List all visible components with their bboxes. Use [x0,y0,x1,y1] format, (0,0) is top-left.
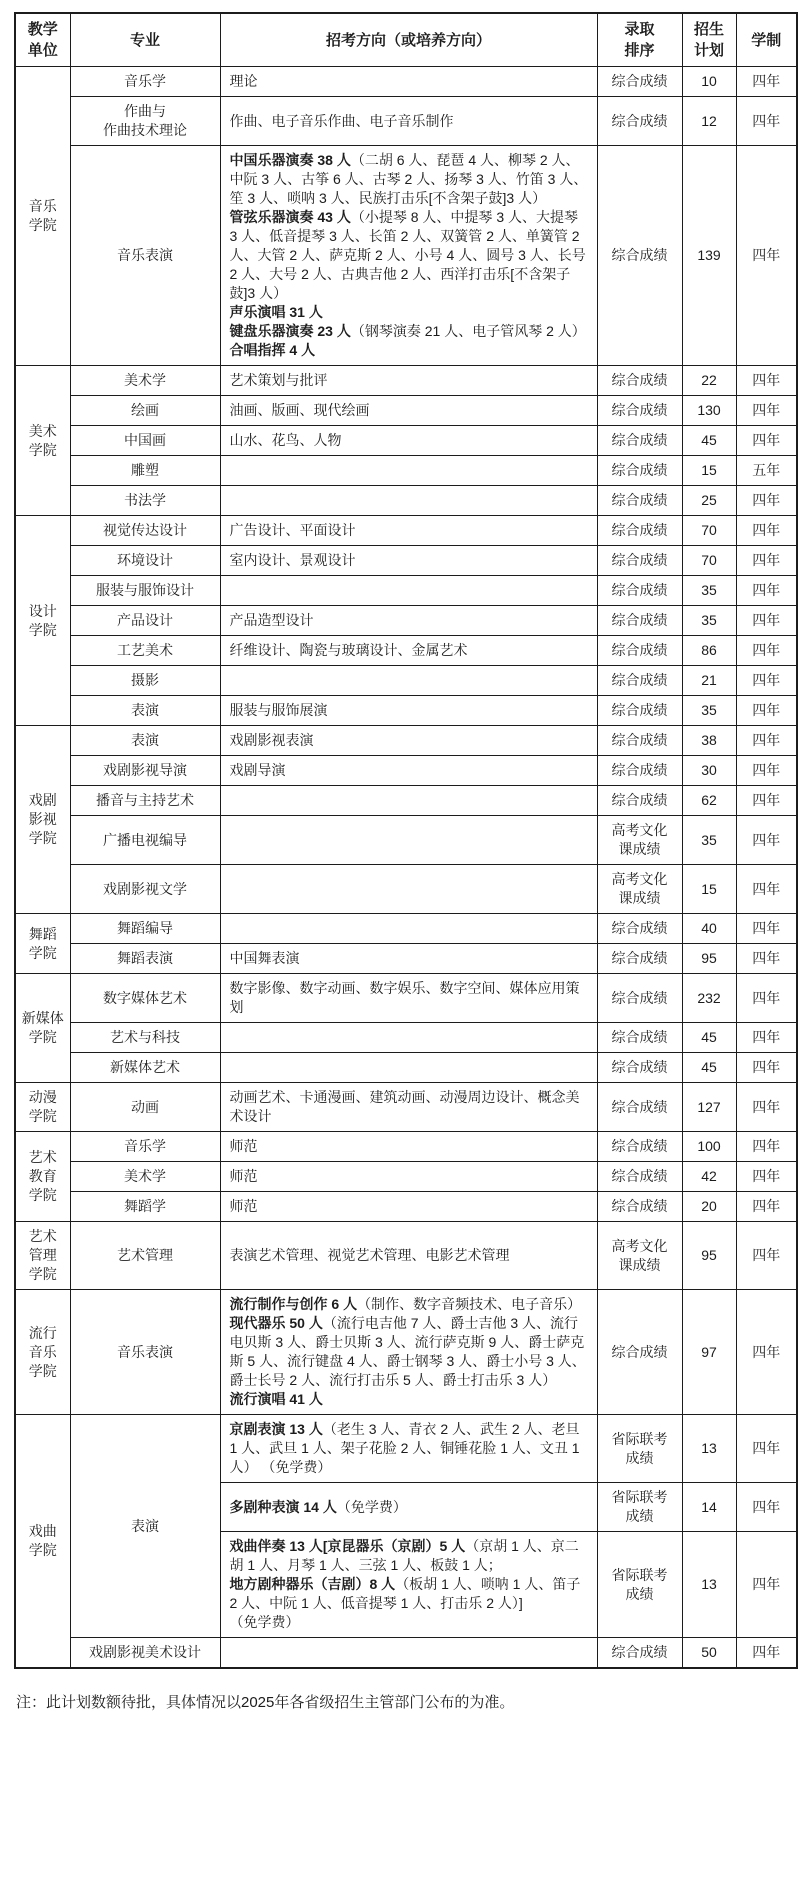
table-row: 产品设计产品造型设计综合成绩35四年 [15,606,797,636]
direction-cell: 油画、版画、现代绘画 [220,396,597,426]
direction-paragraph: 管弦乐器演奏 43 人（小提琴 8 人、中提琴 3 人、大提琴 3 人、低音提琴… [230,208,588,303]
plan-cell: 232 [682,974,736,1023]
major-cell: 摄影 [70,666,220,696]
table-header: 教学 单位 专业 招考方向（或培养方向） 录取 排序 招生 计划 学制 [15,13,797,67]
direction-paragraph: 戏剧影视表演 [230,731,588,750]
direction-text: 动画艺术、卡通漫画、建筑动画、动漫周边设计、概念美术设计 [230,1089,580,1124]
plan-cell: 20 [682,1192,736,1222]
plan-cell: 100 [682,1132,736,1162]
direction-paragraph: 动画艺术、卡通漫画、建筑动画、动漫周边设计、概念美术设计 [230,1088,588,1126]
header-major: 专业 [70,13,220,67]
sort-cell: 综合成绩 [597,456,682,486]
table-row: 表演服装与服饰展演综合成绩35四年 [15,696,797,726]
direction-paragraph: 纤维设计、陶瓷与玻璃设计、金属艺术 [230,641,588,660]
plan-cell: 40 [682,914,736,944]
direction-cell: 服装与服饰展演 [220,696,597,726]
direction-text: （制作、数字音频技术、电子音乐） [357,1296,581,1312]
direction-text: 室内设计、景观设计 [230,552,356,568]
years-cell: 四年 [736,816,797,865]
plan-cell: 35 [682,576,736,606]
plan-cell: 15 [682,865,736,914]
direction-text: 艺术策划与批评 [230,372,328,388]
plan-cell: 70 [682,546,736,576]
direction-cell: 戏曲伴奏 13 人[京昆器乐（京剧）5 人（京胡 1 人、京二胡 1 人、月琴 … [220,1532,597,1638]
direction-cell: 室内设计、景观设计 [220,546,597,576]
sort-cell: 综合成绩 [597,1290,682,1415]
major-cell: 视觉传达设计 [70,516,220,546]
sort-cell: 综合成绩 [597,1023,682,1053]
years-cell: 四年 [736,756,797,786]
direction-bold-text: 地方剧种器乐（吉剧）8 人 [230,1576,396,1592]
major-cell: 广播电视编导 [70,816,220,865]
plan-cell: 30 [682,756,736,786]
years-cell: 四年 [736,546,797,576]
direction-paragraph: 键盘乐器演奏 23 人（钢琴演奏 21 人、电子管风琴 2 人） [230,322,588,341]
plan-cell: 97 [682,1290,736,1415]
direction-cell: 流行制作与创作 6 人（制作、数字音频技术、电子音乐）现代器乐 50 人（流行电… [220,1290,597,1415]
direction-cell: 动画艺术、卡通漫画、建筑动画、动漫周边设计、概念美术设计 [220,1083,597,1132]
sort-cell: 高考文化课成绩 [597,1222,682,1290]
years-cell: 四年 [736,67,797,97]
direction-bold-text: 多剧种表演 14 人 [230,1499,337,1515]
major-cell: 戏剧影视文学 [70,865,220,914]
header-duration: 学制 [736,13,797,67]
major-cell: 音乐学 [70,67,220,97]
sort-cell: 综合成绩 [597,486,682,516]
unit-cell: 音乐 学院 [15,67,70,366]
direction-text: 数字影像、数字动画、数字娱乐、数字空间、媒体应用策划 [230,980,580,1015]
years-cell: 四年 [736,1023,797,1053]
direction-paragraph: 师范 [230,1137,588,1156]
years-cell: 四年 [736,606,797,636]
table-body: 音乐 学院音乐学理论综合成绩10四年作曲与 作曲技术理论作曲、电子音乐作曲、电子… [15,67,797,1669]
major-cell: 舞蹈编导 [70,914,220,944]
major-cell: 音乐表演 [70,1290,220,1415]
direction-paragraph: 山水、花鸟、人物 [230,431,588,450]
direction-paragraph: 京剧表演 13 人（老生 3 人、青衣 2 人、武生 2 人、老旦 1 人、武旦… [230,1420,588,1477]
direction-cell: 表演艺术管理、视觉艺术管理、电影艺术管理 [220,1222,597,1290]
years-cell: 四年 [736,486,797,516]
header-teaching-unit: 教学 单位 [15,13,70,67]
years-cell: 四年 [736,666,797,696]
sort-cell: 综合成绩 [597,1132,682,1162]
direction-text: （免学费） [230,1614,300,1630]
years-cell: 四年 [736,944,797,974]
major-cell: 雕塑 [70,456,220,486]
unit-cell: 流行 音乐 学院 [15,1290,70,1415]
sort-cell: 综合成绩 [597,97,682,146]
years-cell: 四年 [736,576,797,606]
plan-cell: 25 [682,486,736,516]
sort-cell: 省际联考成绩 [597,1415,682,1483]
years-cell: 四年 [736,1192,797,1222]
direction-text: 师范 [230,1168,258,1184]
header-admission-sort: 录取 排序 [597,13,682,67]
sort-cell: 综合成绩 [597,366,682,396]
years-cell: 四年 [736,696,797,726]
table-row: 广播电视编导高考文化课成绩35四年 [15,816,797,865]
plan-cell: 62 [682,786,736,816]
years-cell: 四年 [736,1638,797,1669]
table-row: 美术学师范综合成绩42四年 [15,1162,797,1192]
table-row: 音乐表演中国乐器演奏 38 人（二胡 6 人、琵琶 4 人、柳琴 2 人、中阮 … [15,146,797,366]
direction-cell: 中国乐器演奏 38 人（二胡 6 人、琵琶 4 人、柳琴 2 人、中阮 3 人、… [220,146,597,366]
major-cell: 作曲与 作曲技术理论 [70,97,220,146]
direction-bold-text: 中国乐器演奏 38 人 [230,152,351,168]
direction-cell: 理论 [220,67,597,97]
direction-cell: 山水、花鸟、人物 [220,426,597,456]
years-cell: 四年 [736,1083,797,1132]
plan-cell: 35 [682,816,736,865]
major-cell: 中国画 [70,426,220,456]
plan-cell: 12 [682,97,736,146]
direction-paragraph: 合唱指挥 4 人 [230,341,588,360]
sort-cell: 高考文化课成绩 [597,816,682,865]
table-row: 新媒体艺术综合成绩45四年 [15,1053,797,1083]
years-cell: 四年 [736,974,797,1023]
direction-text: 师范 [230,1138,258,1154]
direction-cell: 数字影像、数字动画、数字娱乐、数字空间、媒体应用策划 [220,974,597,1023]
years-cell: 四年 [736,786,797,816]
direction-cell: 多剧种表演 14 人（免学费） [220,1483,597,1532]
table-row: 新媒体 学院数字媒体艺术数字影像、数字动画、数字娱乐、数字空间、媒体应用策划综合… [15,974,797,1023]
direction-bold-text: 流行制作与创作 6 人 [230,1296,358,1312]
major-cell: 戏剧影视导演 [70,756,220,786]
unit-cell: 设计 学院 [15,516,70,726]
table-row: 摄影综合成绩21四年 [15,666,797,696]
direction-cell [220,1053,597,1083]
direction-paragraph: 中国乐器演奏 38 人（二胡 6 人、琵琶 4 人、柳琴 2 人、中阮 3 人、… [230,151,588,208]
major-cell: 艺术与科技 [70,1023,220,1053]
major-cell: 表演 [70,726,220,756]
sort-cell: 综合成绩 [597,426,682,456]
table-row: 艺术与科技综合成绩45四年 [15,1023,797,1053]
years-cell: 四年 [736,146,797,366]
direction-text: 山水、花鸟、人物 [230,432,342,448]
plan-cell: 45 [682,1023,736,1053]
major-cell: 音乐表演 [70,146,220,366]
years-cell: 四年 [736,97,797,146]
plan-cell: 15 [682,456,736,486]
major-cell: 表演 [70,696,220,726]
years-cell: 五年 [736,456,797,486]
plan-cell: 10 [682,67,736,97]
direction-cell [220,816,597,865]
plan-cell: 35 [682,696,736,726]
table-row: 艺术 管理 学院艺术管理表演艺术管理、视觉艺术管理、电影艺术管理高考文化课成绩9… [15,1222,797,1290]
direction-paragraph: 广告设计、平面设计 [230,521,588,540]
years-cell: 四年 [736,1053,797,1083]
direction-text: （免学费） [337,1499,407,1515]
direction-cell [220,486,597,516]
direction-paragraph: 服装与服饰展演 [230,701,588,720]
plan-cell: 13 [682,1415,736,1483]
plan-cell: 86 [682,636,736,666]
direction-bold-text: 戏曲伴奏 13 人[京昆器乐（京剧）5 人 [230,1538,466,1554]
direction-text: 产品造型设计 [230,612,314,628]
table-row: 艺术 教育 学院音乐学师范综合成绩100四年 [15,1132,797,1162]
years-cell: 四年 [736,396,797,426]
years-cell: 四年 [736,865,797,914]
table-row: 戏剧影视导演戏剧导演综合成绩30四年 [15,756,797,786]
years-cell: 四年 [736,636,797,666]
header-row: 教学 单位 专业 招考方向（或培养方向） 录取 排序 招生 计划 学制 [15,13,797,67]
direction-paragraph: 作曲、电子音乐作曲、电子音乐制作 [230,112,588,131]
plan-cell: 45 [682,426,736,456]
table-row: 戏剧影视美术设计综合成绩50四年 [15,1638,797,1669]
footnote: 注：此计划数额待批，具体情况以2025年各省级招生主管部门公布的为准。 [16,1691,797,1712]
plan-cell: 127 [682,1083,736,1132]
sort-cell: 省际联考成绩 [597,1532,682,1638]
table-row: 流行 音乐 学院音乐表演流行制作与创作 6 人（制作、数字音频技术、电子音乐）现… [15,1290,797,1415]
direction-cell [220,456,597,486]
plan-cell: 35 [682,606,736,636]
sort-cell: 综合成绩 [597,1162,682,1192]
direction-bold-text: 声乐演唱 31 人 [230,304,323,320]
direction-text: 纤维设计、陶瓷与玻璃设计、金属艺术 [230,642,468,658]
direction-text: 戏剧导演 [230,762,286,778]
direction-bold-text: 京剧表演 13 人 [230,1421,323,1437]
table-row: 舞蹈 学院舞蹈编导综合成绩40四年 [15,914,797,944]
plan-cell: 38 [682,726,736,756]
direction-text: （钢琴演奏 21 人、电子管风琴 2 人） [351,323,586,339]
table-row: 环境设计室内设计、景观设计综合成绩70四年 [15,546,797,576]
plan-cell: 21 [682,666,736,696]
table-row: 雕塑综合成绩15五年 [15,456,797,486]
sort-cell: 综合成绩 [597,606,682,636]
table-row: 动漫 学院动画动画艺术、卡通漫画、建筑动画、动漫周边设计、概念美术设计综合成绩1… [15,1083,797,1132]
direction-cell: 京剧表演 13 人（老生 3 人、青衣 2 人、武生 2 人、老旦 1 人、武旦… [220,1415,597,1483]
years-cell: 四年 [736,1290,797,1415]
plan-cell: 14 [682,1483,736,1532]
direction-text: 服装与服饰展演 [230,702,328,718]
direction-paragraph: 流行演唱 41 人 [230,1390,588,1409]
sort-cell: 综合成绩 [597,636,682,666]
table-row: 绘画油画、版画、现代绘画综合成绩130四年 [15,396,797,426]
major-cell: 环境设计 [70,546,220,576]
sort-cell: 综合成绩 [597,546,682,576]
years-cell: 四年 [736,1222,797,1290]
major-cell: 新媒体艺术 [70,1053,220,1083]
sort-cell: 综合成绩 [597,67,682,97]
sort-cell: 省际联考成绩 [597,1483,682,1532]
plan-cell: 70 [682,516,736,546]
years-cell: 四年 [736,366,797,396]
direction-cell: 作曲、电子音乐作曲、电子音乐制作 [220,97,597,146]
direction-paragraph: 油画、版画、现代绘画 [230,401,588,420]
header-enrollment-plan: 招生 计划 [682,13,736,67]
sort-cell: 综合成绩 [597,396,682,426]
major-cell: 艺术管理 [70,1222,220,1290]
sort-cell: 综合成绩 [597,726,682,756]
plan-cell: 139 [682,146,736,366]
table-row: 中国画山水、花鸟、人物综合成绩45四年 [15,426,797,456]
direction-text: 理论 [230,73,258,89]
direction-paragraph: 中国舞表演 [230,949,588,968]
major-cell: 产品设计 [70,606,220,636]
years-cell: 四年 [736,516,797,546]
direction-paragraph: 流行制作与创作 6 人（制作、数字音频技术、电子音乐） [230,1295,588,1314]
direction-cell [220,914,597,944]
unit-cell: 戏剧 影视 学院 [15,726,70,914]
table-row: 播音与主持艺术综合成绩62四年 [15,786,797,816]
table-row: 音乐 学院音乐学理论综合成绩10四年 [15,67,797,97]
table-row: 书法学综合成绩25四年 [15,486,797,516]
sort-cell: 高考文化课成绩 [597,865,682,914]
sort-cell: 综合成绩 [597,1192,682,1222]
table-row: 服装与服饰设计综合成绩35四年 [15,576,797,606]
sort-cell: 综合成绩 [597,516,682,546]
direction-paragraph: 师范 [230,1167,588,1186]
plan-cell: 13 [682,1532,736,1638]
direction-paragraph: 戏曲伴奏 13 人[京昆器乐（京剧）5 人（京胡 1 人、京二胡 1 人、月琴 … [230,1537,588,1575]
table-row: 设计 学院视觉传达设计广告设计、平面设计综合成绩70四年 [15,516,797,546]
sort-cell: 综合成绩 [597,974,682,1023]
admission-plan-table: 教学 单位 专业 招考方向（或培养方向） 录取 排序 招生 计划 学制 音乐 学… [14,12,798,1669]
sort-cell: 综合成绩 [597,146,682,366]
direction-cell [220,786,597,816]
table-row: 戏曲 学院表演京剧表演 13 人（老生 3 人、青衣 2 人、武生 2 人、老旦… [15,1415,797,1483]
unit-cell: 美术 学院 [15,366,70,516]
direction-cell [220,865,597,914]
unit-cell: 艺术 教育 学院 [15,1132,70,1222]
direction-bold-text: 流行演唱 41 人 [230,1391,323,1407]
direction-cell [220,1638,597,1669]
direction-text: 油画、版画、现代绘画 [230,402,370,418]
years-cell: 四年 [736,914,797,944]
direction-paragraph: 地方剧种器乐（吉剧）8 人（板胡 1 人、唢呐 1 人、笛子 2 人、中阮 1 … [230,1575,588,1613]
unit-cell: 新媒体 学院 [15,974,70,1083]
sort-cell: 综合成绩 [597,576,682,606]
direction-paragraph: 表演艺术管理、视觉艺术管理、电影艺术管理 [230,1246,588,1265]
sort-cell: 综合成绩 [597,1083,682,1132]
plan-cell: 45 [682,1053,736,1083]
sort-cell: 综合成绩 [597,756,682,786]
major-cell: 工艺美术 [70,636,220,666]
major-cell: 舞蹈学 [70,1192,220,1222]
table-row: 舞蹈表演中国舞表演综合成绩95四年 [15,944,797,974]
major-cell: 播音与主持艺术 [70,786,220,816]
unit-cell: 舞蹈 学院 [15,914,70,974]
sort-cell: 综合成绩 [597,1638,682,1669]
direction-cell [220,576,597,606]
major-cell: 舞蹈表演 [70,944,220,974]
plan-cell: 95 [682,1222,736,1290]
direction-bold-text: 管弦乐器演奏 43 人 [230,209,351,225]
plan-cell: 95 [682,944,736,974]
major-cell: 音乐学 [70,1132,220,1162]
table-row: 戏剧 影视 学院表演戏剧影视表演综合成绩38四年 [15,726,797,756]
years-cell: 四年 [736,1483,797,1532]
plan-cell: 50 [682,1638,736,1669]
direction-text: 中国舞表演 [230,950,300,966]
header-direction: 招考方向（或培养方向） [220,13,597,67]
sort-cell: 综合成绩 [597,1053,682,1083]
table-row: 美术 学院美术学艺术策划与批评综合成绩22四年 [15,366,797,396]
direction-cell: 师范 [220,1162,597,1192]
direction-cell: 中国舞表演 [220,944,597,974]
years-cell: 四年 [736,1162,797,1192]
major-cell: 美术学 [70,1162,220,1192]
direction-cell: 戏剧导演 [220,756,597,786]
direction-cell: 戏剧影视表演 [220,726,597,756]
direction-cell: 纤维设计、陶瓷与玻璃设计、金属艺术 [220,636,597,666]
direction-paragraph: 艺术策划与批评 [230,371,588,390]
direction-cell: 师范 [220,1192,597,1222]
direction-bold-text: 键盘乐器演奏 23 人 [230,323,351,339]
table-row: 舞蹈学师范综合成绩20四年 [15,1192,797,1222]
direction-bold-text: 现代器乐 50 人 [230,1315,323,1331]
major-cell: 表演 [70,1415,220,1638]
major-cell: 戏剧影视美术设计 [70,1638,220,1669]
direction-paragraph: 声乐演唱 31 人 [230,303,588,322]
direction-paragraph: 数字影像、数字动画、数字娱乐、数字空间、媒体应用策划 [230,979,588,1017]
plan-cell: 22 [682,366,736,396]
plan-cell: 42 [682,1162,736,1192]
direction-paragraph: 多剧种表演 14 人（免学费） [230,1498,588,1517]
direction-paragraph: 师范 [230,1197,588,1216]
sort-cell: 综合成绩 [597,786,682,816]
unit-cell: 艺术 管理 学院 [15,1222,70,1290]
direction-text: 戏剧影视表演 [230,732,314,748]
direction-text: 师范 [230,1198,258,1214]
direction-cell: 艺术策划与批评 [220,366,597,396]
major-cell: 绘画 [70,396,220,426]
direction-cell [220,666,597,696]
table-row: 戏剧影视文学高考文化课成绩15四年 [15,865,797,914]
direction-text: 作曲、电子音乐作曲、电子音乐制作 [230,113,454,129]
major-cell: 服装与服饰设计 [70,576,220,606]
direction-text: 表演艺术管理、视觉艺术管理、电影艺术管理 [230,1247,510,1263]
sort-cell: 综合成绩 [597,696,682,726]
years-cell: 四年 [736,426,797,456]
table-row: 作曲与 作曲技术理论作曲、电子音乐作曲、电子音乐制作综合成绩12四年 [15,97,797,146]
sort-cell: 综合成绩 [597,666,682,696]
major-cell: 数字媒体艺术 [70,974,220,1023]
direction-bold-text: 合唱指挥 4 人 [230,342,316,358]
direction-paragraph: 现代器乐 50 人（流行电吉他 7 人、爵士吉他 3 人、流行电贝斯 3 人、爵… [230,1314,588,1390]
direction-cell [220,1023,597,1053]
direction-paragraph: （免学费） [230,1613,588,1632]
direction-cell: 产品造型设计 [220,606,597,636]
direction-paragraph: 理论 [230,72,588,91]
direction-paragraph: 戏剧导演 [230,761,588,780]
direction-paragraph: 产品造型设计 [230,611,588,630]
unit-cell: 戏曲 学院 [15,1415,70,1669]
major-cell: 美术学 [70,366,220,396]
plan-cell: 130 [682,396,736,426]
direction-cell: 广告设计、平面设计 [220,516,597,546]
years-cell: 四年 [736,1532,797,1638]
years-cell: 四年 [736,726,797,756]
sort-cell: 综合成绩 [597,944,682,974]
direction-text: 广告设计、平面设计 [230,522,356,538]
sort-cell: 综合成绩 [597,914,682,944]
major-cell: 动画 [70,1083,220,1132]
page: 教学 单位 专业 招考方向（或培养方向） 录取 排序 招生 计划 学制 音乐 学… [0,0,810,1757]
direction-paragraph: 室内设计、景观设计 [230,551,588,570]
major-cell: 书法学 [70,486,220,516]
table-row: 工艺美术纤维设计、陶瓷与玻璃设计、金属艺术综合成绩86四年 [15,636,797,666]
years-cell: 四年 [736,1132,797,1162]
years-cell: 四年 [736,1415,797,1483]
unit-cell: 动漫 学院 [15,1083,70,1132]
direction-cell: 师范 [220,1132,597,1162]
